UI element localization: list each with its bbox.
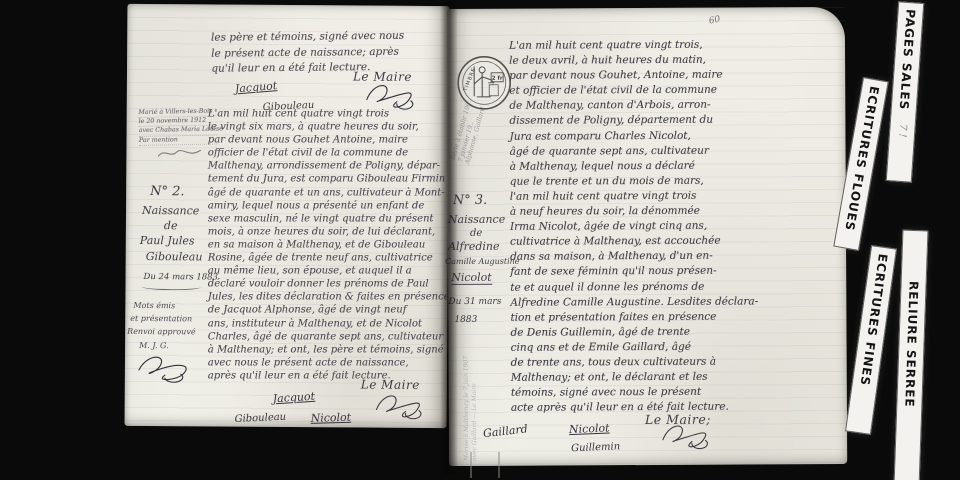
handwritten-line: officier de l'état civil de la commune d… bbox=[208, 147, 444, 160]
handwritten-line: âgé de quarante et un ans, cultivateur à… bbox=[208, 186, 444, 199]
tab-label: ECRITURES FINES bbox=[858, 253, 890, 387]
tab-label: PAGES SALES bbox=[897, 9, 918, 111]
handwritten-line: dissement de Poligny, département du bbox=[509, 113, 821, 130]
tab-label: RELIURE SERREE bbox=[902, 281, 920, 408]
handwritten-line: par devant nous Gouhet, Antoine, maire bbox=[509, 67, 821, 84]
mention-line: Mariée à Malthenay le 7 juin 1907 bbox=[463, 356, 472, 461]
handwritten-line: de trente ans, tous deux cultivateurs à bbox=[511, 354, 823, 371]
condition-tab-ecritures-fines: ECRITURES FINES bbox=[845, 245, 897, 435]
handwritten-line: par devant nous Gouhet Antoine, maire bbox=[208, 133, 444, 146]
stamp-value: 2 fr bbox=[492, 76, 503, 82]
corner-scribble: 60 bbox=[708, 15, 721, 27]
handwritten-line: le deux avril, à huit heures du matin, bbox=[509, 52, 821, 69]
vertical-marginal-mention: Mariée à Malthenay le 7 juin 1907 avec G… bbox=[463, 356, 480, 461]
condition-tab-pages-sales: PAGES SALES 7 ! bbox=[886, 1, 924, 182]
tab-scribble: 7 ! bbox=[896, 124, 908, 138]
handwritten-line: de Malthenay, canton d'Arbois, arron- bbox=[509, 97, 821, 114]
maire-paraph-flourish bbox=[363, 80, 423, 110]
signature-jacquot: Jacquot bbox=[272, 390, 315, 406]
handwritten-line: que le trente et un du mois de mars, bbox=[510, 173, 822, 190]
act-date: Du 31 mars bbox=[448, 297, 501, 307]
act-number: N° 2. bbox=[150, 184, 185, 199]
handwritten-line: ans, instituteur à Malthenay, et de Nico… bbox=[208, 317, 444, 330]
condition-tab-reliure-serree: RELIURE SERREE bbox=[894, 230, 929, 480]
handwritten-line: et officier de l'état civil de la commun… bbox=[509, 82, 821, 99]
handwritten-line: qu'il leur en a été fait lecture. bbox=[211, 59, 461, 77]
handwritten-line: Jules, les dites déclaration & faites en… bbox=[208, 291, 444, 304]
signature-guillemin: Guillemin bbox=[571, 441, 620, 454]
signature-nicolot: Nicolot bbox=[569, 421, 610, 436]
handwritten-line: déclaré vouloir donner les prénoms de Pa… bbox=[208, 277, 444, 290]
handwritten-line: de Jacquot Alphonse, âgé de vingt neuf bbox=[208, 304, 444, 317]
handwritten-line: à neuf heures du soir, la dénommée bbox=[510, 203, 822, 220]
binding-clamp-mark bbox=[498, 452, 500, 478]
margin-title: de bbox=[164, 219, 178, 232]
handwritten-line: amiry, lequel nous a présenté un enfant … bbox=[208, 199, 444, 212]
handwritten-line: Charles, âgé de quarante sept ans, culti… bbox=[208, 330, 444, 343]
maire-paraph-flourish bbox=[373, 390, 431, 420]
handwritten-line: avec nous le présent acte de naissance, bbox=[208, 356, 444, 369]
signature-nicolot: Nicolot bbox=[310, 411, 351, 425]
margin-note: Mots émis bbox=[133, 301, 175, 310]
previous-act-closing-text: les père et témoins, signé avec nousle p… bbox=[211, 28, 461, 77]
act-3-text: L'an mil huit cent quatre vingt trois,le… bbox=[509, 37, 823, 416]
signature-jacquot: Jacquot bbox=[234, 79, 277, 95]
margin-paraph-flourish bbox=[135, 352, 197, 384]
handwritten-line: tion et présentation faites en présence bbox=[510, 309, 822, 326]
handwritten-line: Malthenay, arrondissement de Poligny, dé… bbox=[208, 160, 444, 173]
margin-note-initials: M. J. G. bbox=[139, 341, 169, 350]
mention-line: avec Gaillard — Le Maire bbox=[471, 356, 480, 461]
handwritten-line: à Malthenay; et ont, les père et témoins… bbox=[208, 343, 444, 356]
handwritten-line: cultivatrice à Malthenay, est accouchée bbox=[510, 233, 822, 250]
right-page: 60 2 fr TIMBRE Série à établir 190. 7 ja… bbox=[447, 7, 847, 466]
signature-gaillard: Gaillard bbox=[482, 422, 528, 440]
handwritten-line: Malthenay; et ont, le déclarant et les bbox=[511, 369, 823, 386]
handwritten-line: Rosine, âgée de trente neuf ans, cultiva… bbox=[208, 251, 444, 264]
handwritten-line: Alfredine Camille Augustine. Lesdites dé… bbox=[510, 294, 822, 311]
act-date-year: 1883 bbox=[454, 315, 477, 325]
handwritten-line: tement du Jura, est comparu Gibouleau Fi… bbox=[208, 173, 444, 186]
date-underline bbox=[141, 283, 201, 290]
handwritten-line: à Malthenay, lequel nous a déclaré bbox=[510, 158, 822, 175]
handwritten-line: L'an mil huit cent quatre vingt trois bbox=[208, 107, 444, 120]
left-page: les père et témoins, signé avec nousle p… bbox=[125, 4, 450, 428]
handwritten-line: mois, à onze heures du soir, de lui décl… bbox=[208, 225, 444, 238]
handwritten-line: l'an mil huit cent quatre vingt trois bbox=[510, 188, 822, 205]
handwritten-line: L'an mil huit cent quatre vingt trois, bbox=[509, 37, 821, 54]
mention-signature-flourish bbox=[156, 146, 202, 160]
margin-note: et présentation bbox=[130, 314, 192, 323]
maire-paraph-flourish bbox=[659, 420, 717, 450]
marriage-marginal-mention: Marié à Villers-les-Boisle 20 novembre 1… bbox=[138, 107, 217, 145]
margin-title: Naissance bbox=[142, 204, 199, 217]
act-number: N° 3. bbox=[453, 193, 487, 208]
handwritten-line: Jura est comparu Charles Nicolot, bbox=[509, 128, 821, 145]
scanned-register-photo: { "colors": { "background": "#0a0a0a", "… bbox=[0, 0, 960, 480]
handwritten-line: Irma Nicolot, âgée de vingt cinq ans, bbox=[510, 218, 822, 235]
handwritten-line: de Denis Guillemin, âgé de trente bbox=[510, 324, 822, 341]
handwritten-line: témoins, signé avec nous le présent bbox=[511, 384, 823, 401]
signature-gibouleau: Gibouleau bbox=[234, 412, 286, 425]
margin-title: Paul Jules bbox=[140, 234, 195, 247]
handwritten-line: âgé de quarante sept ans, cultivateur bbox=[510, 143, 822, 160]
act-2-text: L'an mil huit cent quatre vingt troisle … bbox=[208, 107, 444, 382]
margin-note: Renvoi approuvé bbox=[127, 327, 195, 336]
handwritten-line: en sa maison à Malthenay, et de Giboulea… bbox=[208, 238, 444, 251]
binding-clamp-mark bbox=[470, 452, 472, 478]
margin-title-underlined: Nicolot bbox=[451, 271, 492, 285]
handwritten-line: sexe masculin, né le vingt quatre du pré… bbox=[208, 212, 444, 225]
margin-title: de bbox=[470, 228, 482, 239]
handwritten-line: cinq ans et de Emile Gaillard, âgé bbox=[511, 339, 823, 356]
handwritten-line: au même lieu, son épouse, et auquel il a bbox=[208, 264, 444, 277]
handwritten-line: le vingt six mars, à quatre heures du so… bbox=[208, 120, 444, 133]
handwritten-line: te et auquel il donne les prénoms de bbox=[510, 279, 822, 296]
handwritten-line: Par mention bbox=[139, 135, 217, 146]
margin-title: Naissance bbox=[448, 213, 505, 226]
margin-title: Camille Augustine bbox=[445, 257, 519, 266]
margin-title: Alfredine bbox=[448, 240, 500, 253]
handwritten-line: dans sa maison, à Malthenay, d'un en- bbox=[510, 248, 822, 265]
margin-title: Gibouleau bbox=[146, 250, 203, 263]
handwritten-line: fant de sexe féminin qu'il nous présen- bbox=[510, 263, 822, 280]
tab-label: ECRITURES FLOUES bbox=[842, 85, 881, 232]
